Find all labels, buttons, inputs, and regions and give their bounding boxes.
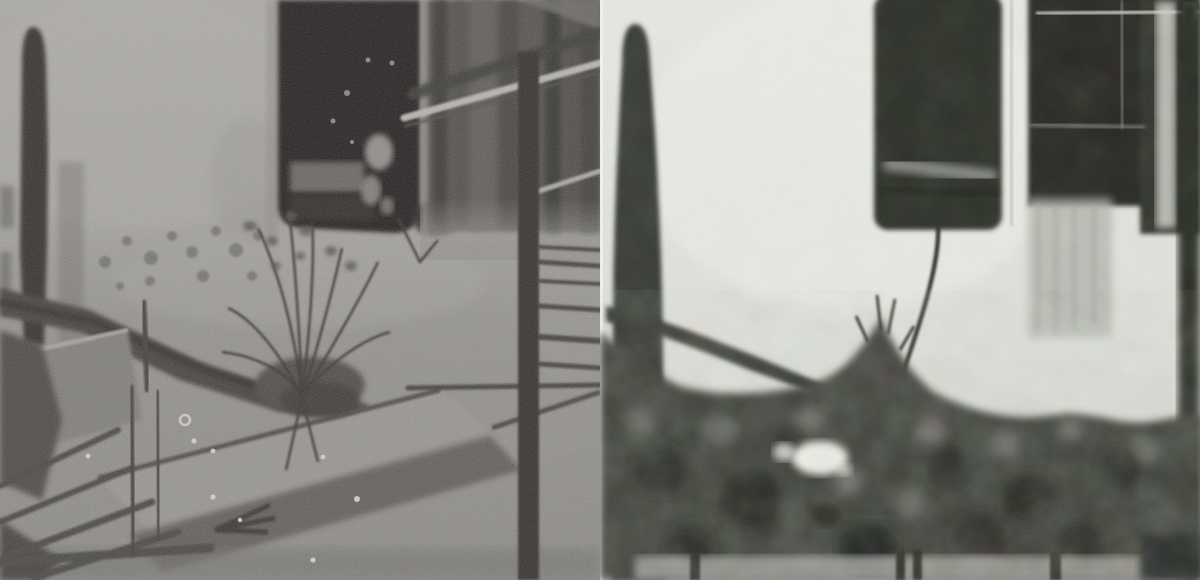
fine-grain-overlay <box>600 0 1200 580</box>
photo-comparison-image <box>0 0 1200 580</box>
right-photo-panel <box>600 0 1200 580</box>
left-photo-panel <box>0 0 600 580</box>
grain-overlay-blend <box>0 0 600 580</box>
